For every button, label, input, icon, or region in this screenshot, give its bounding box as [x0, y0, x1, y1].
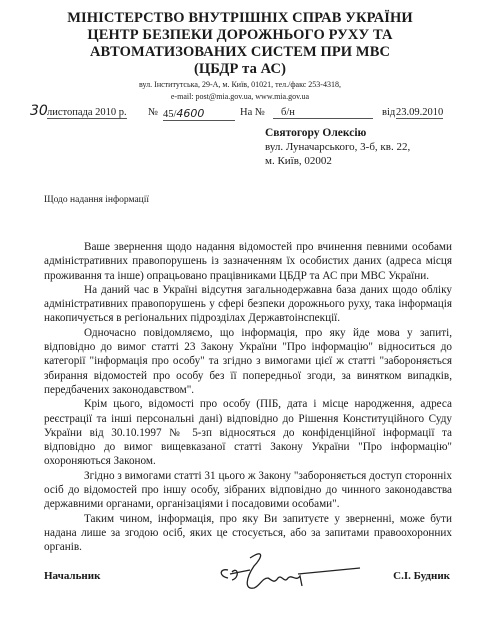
letter-body: Ваше звернення щодо надання відомостей п…: [44, 240, 452, 555]
body-paragraph: На даний час в Україні відсутня загально…: [44, 283, 452, 326]
from-date: 23.09.2010: [396, 107, 443, 119]
ref-number: б/н: [273, 107, 373, 119]
document-meta: 30 листопада 2010 р. № 45/4600 На № б/н …: [30, 103, 460, 123]
signer-name: С.І. Будник: [393, 570, 450, 582]
number-prefix: 45/: [163, 109, 176, 120]
ref-value: б/н: [273, 107, 295, 118]
letterhead-contacts: e-mail: post@mia.gov.ua, www.mia.gov.ua: [0, 91, 480, 102]
from-label: від: [382, 107, 395, 118]
recipient-name: Святогору Олексію: [265, 126, 410, 140]
handwritten-day: 30: [30, 103, 48, 119]
signer-position: Начальник: [44, 570, 100, 582]
recipient-address-line2: м. Київ, 02002: [265, 154, 410, 168]
number-handwritten: 4600: [176, 107, 204, 120]
body-paragraph: Згідно з вимогами статті 31 цього ж Зако…: [44, 469, 452, 512]
body-paragraph: Одночасно повідомляємо, що інформація, п…: [44, 326, 452, 397]
body-paragraph: Крім цього, відомості про особу (ПІБ, да…: [44, 397, 452, 468]
recipient-address-line1: вул. Луначарського, 3-б, кв. 22,: [265, 140, 410, 154]
letterhead-ministry: МІНІСТЕРСТВО ВНУТРІШНІХ СПРАВ УКРАЇНИ: [0, 10, 480, 27]
outgoing-number: 45/4600: [163, 107, 235, 121]
number-label: №: [148, 107, 158, 118]
subject-line: Щодо надання інформації: [44, 195, 149, 205]
letterhead-address: вул. Інститутська, 29-А, м. Київ, 01021,…: [0, 79, 480, 90]
ref-label: На №: [240, 107, 265, 118]
letterhead-center-cont: АВТОМАТИЗОВАНИХ СИСТЕМ ПРИ МВС: [0, 44, 480, 61]
letterhead-abbrev: (ЦБДР та АС): [0, 61, 480, 78]
letterhead: МІНІСТЕРСТВО ВНУТРІШНІХ СПРАВ УКРАЇНИ ЦЕ…: [0, 10, 480, 102]
month-year: листопада 2010 р.: [47, 107, 127, 119]
handwritten-signature-icon: [210, 548, 390, 598]
recipient-block: Святогору Олексію вул. Луначарського, 3-…: [265, 126, 410, 168]
letterhead-center: ЦЕНТР БЕЗПЕКИ ДОРОЖНЬОГО РУХУ ТА: [0, 27, 480, 44]
body-paragraph: Ваше звернення щодо надання відомостей п…: [44, 240, 452, 283]
